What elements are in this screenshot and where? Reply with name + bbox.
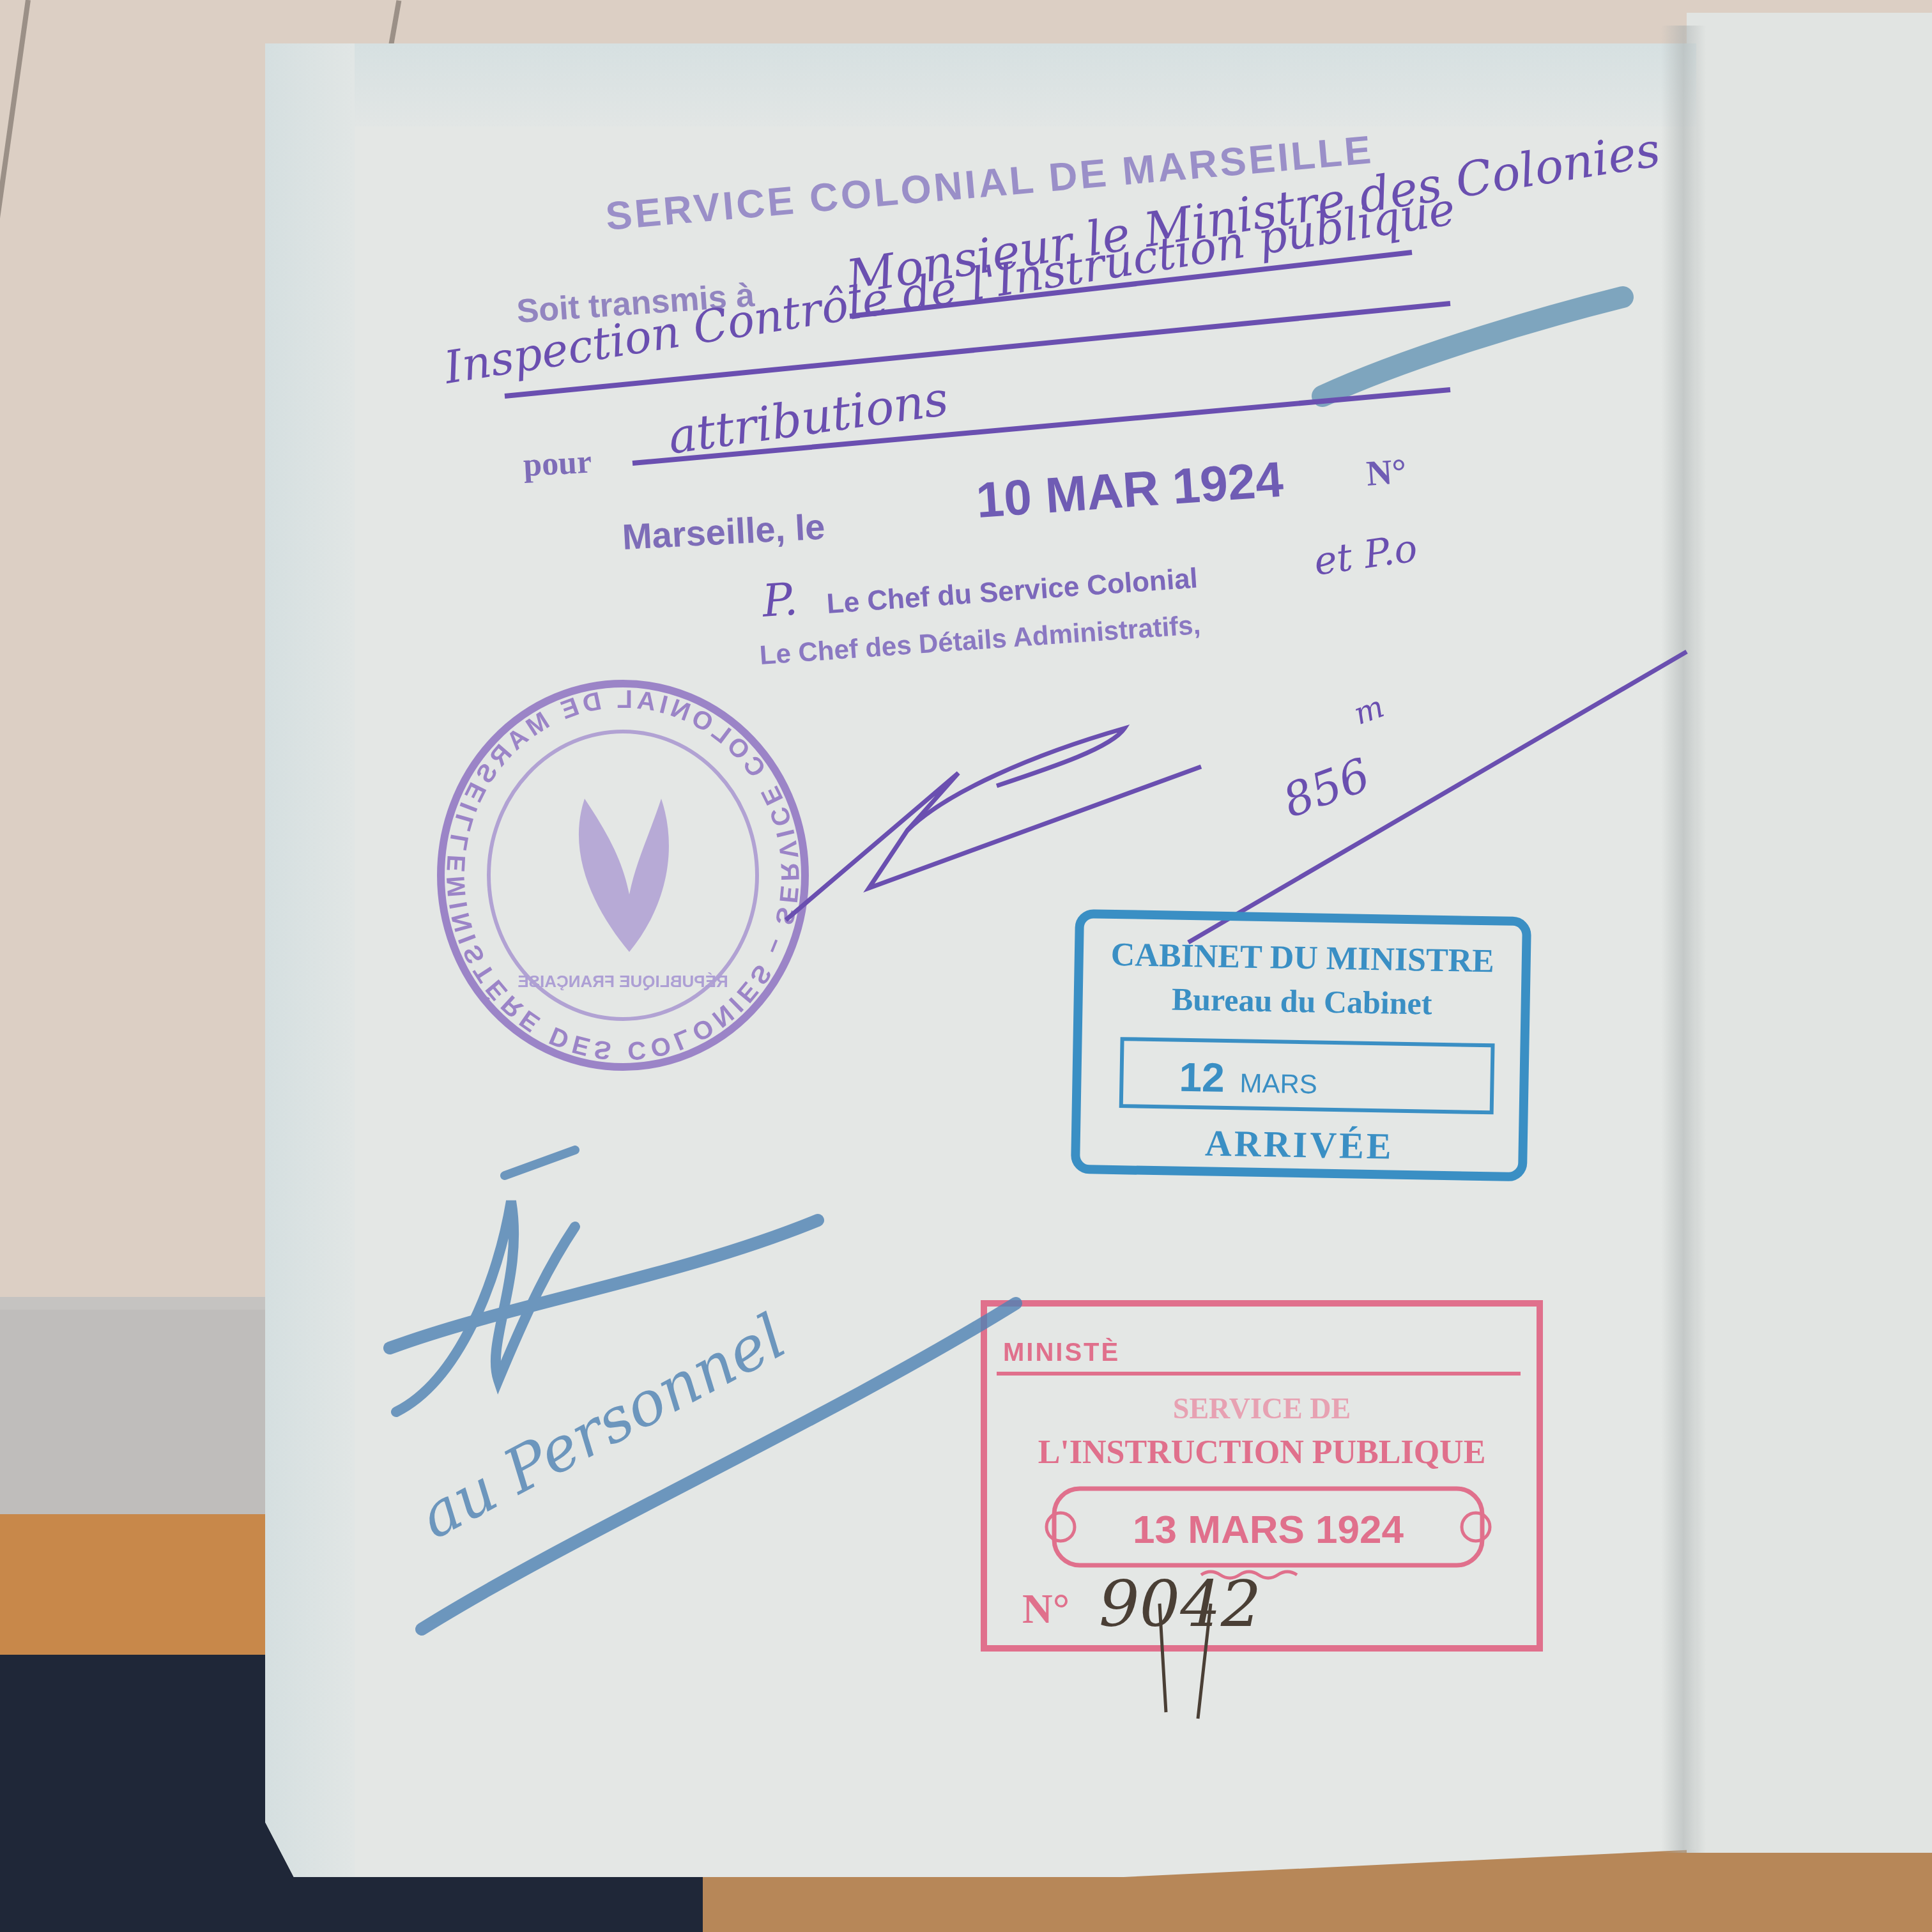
instruction-stamp-number-label: N°: [1022, 1586, 1069, 1632]
signature: [786, 652, 1687, 942]
instruction-stamp-line2: SERVICE DE: [1173, 1392, 1351, 1425]
purpose-value-text: attributions: [665, 371, 952, 465]
cabinet-stamp-month: MARS: [1239, 1068, 1317, 1099]
instruction-stamp: MINISTÈ SERVICE DE L'INSTRUCTION PUBLIQU…: [984, 1303, 1540, 1719]
purpose-label-text: pour: [523, 443, 593, 484]
signatory-prefix: P.: [759, 572, 799, 627]
seal-emblem: [579, 799, 669, 952]
number-label: N°: [1365, 452, 1408, 494]
cabinet-stamp-day: 12: [1179, 1054, 1225, 1101]
blue-pencil-note: NT au Personnel: [0, 0, 1016, 1629]
cabinet-stamp-line1: CABINET DU MINISTRE: [1110, 937, 1494, 979]
place-label: Marseille, le: [621, 506, 825, 557]
instruction-stamp-number-value: 9042: [1099, 1567, 1262, 1641]
diagonal-stroke: [1188, 652, 1687, 942]
date-stamp-text: 10 MAR 1924: [974, 451, 1285, 528]
handwritten-reference: 856 m: [1259, 689, 1412, 828]
instruction-stamp-date: 13 MARS 1924: [1133, 1508, 1404, 1552]
instruction-stamp-line1: MINISTÈ: [1003, 1338, 1120, 1367]
circular-seal: MINISTÈRE DES COLONIES – SERVICE COLONIA…: [441, 684, 805, 1067]
seal-center-text: RÉPUBLIQUE FRANÇAISE: [517, 972, 728, 991]
photo-scene: SERVICE COLONIAL DE MARSEILLE Soit trans…: [0, 0, 1932, 1932]
purpose-value: attributions: [665, 371, 952, 465]
signatory-annotation-text: et P.o: [1311, 526, 1420, 585]
handwritten-reference-suffix: m: [1349, 689, 1389, 732]
cabinet-stamp: CABINET DU MINISTRE Bureau du Cabinet 12…: [1075, 914, 1527, 1177]
signatory-line-2-text: Le Chef des Détails Administratifs,: [758, 609, 1201, 670]
signatory-line-2: Le Chef des Détails Administratifs,: [758, 609, 1201, 670]
signatory-annotation: et P.o: [1311, 526, 1420, 585]
signatory-line-1: Le Chef du Service Colonial: [825, 563, 1199, 620]
date-stamp: 10 MAR 1924: [974, 451, 1285, 528]
place-label-text: Marseille, le: [621, 506, 825, 557]
document-markings: SERVICE COLONIAL DE MARSEILLE Soit trans…: [0, 0, 1932, 1932]
scroll-ornament-icon: [1046, 1513, 1075, 1541]
cabinet-stamp-line2: Bureau du Cabinet: [1171, 981, 1432, 1022]
number-label-text: N°: [1365, 452, 1408, 494]
initials-bar: [505, 1150, 575, 1176]
purpose-label: pour: [523, 443, 593, 484]
handwritten-reference-text: 856: [1276, 747, 1377, 828]
signatory-prefix-text: P.: [759, 572, 799, 627]
signatory-line-1-text: Le Chef du Service Colonial: [825, 563, 1199, 620]
cabinet-stamp-footer: ARRIVÉE: [1204, 1122, 1394, 1167]
scroll-ornament-icon: [1462, 1513, 1490, 1541]
instruction-stamp-line3: L'INSTRUCTION PUBLIQUE: [1038, 1434, 1486, 1471]
